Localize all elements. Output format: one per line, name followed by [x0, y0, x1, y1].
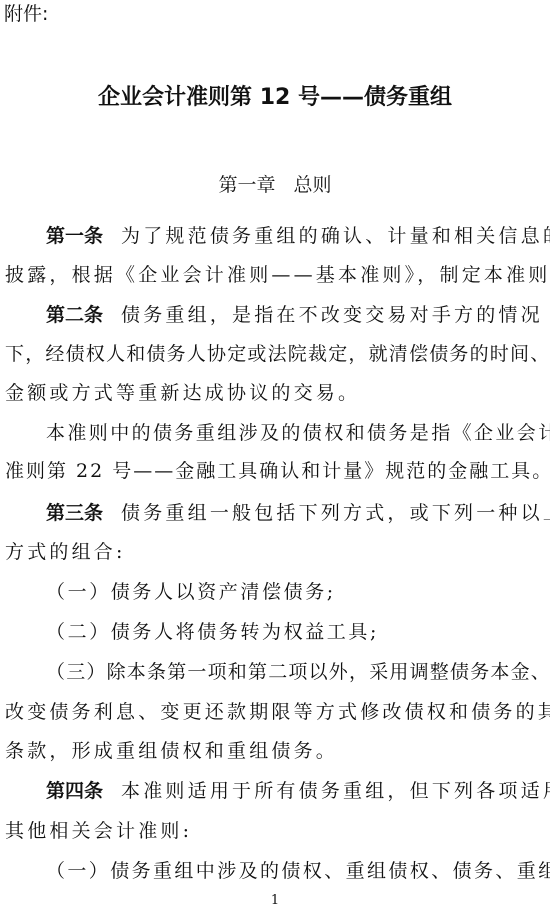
chapter-heading: 第一章总则 [0, 172, 550, 198]
paragraph-line: 第一条为了规范债务重组的确认、计量和相关信息的 [46, 223, 540, 249]
paragraph-line: 下，经债权人和债务人协定或法院裁定，就清偿债务的时间、 [5, 341, 540, 367]
list-item: （三）除本条第一项和第二项以外，采用调整债务本金、 [46, 659, 540, 685]
article-label: 第四条 [46, 780, 103, 802]
paragraph-line: 第四条本准则适用于所有债务重组，但下列各项适用 [46, 778, 540, 804]
page-number: 1 [0, 893, 550, 909]
paragraph-line: 披露，根据《企业会计准则——基本准则》，制定本准则。 [5, 262, 540, 288]
paragraph-line: 方式的组合: [5, 539, 540, 565]
paragraph-line: 第二条债务重组，是指在不改变交易对手方的情况 [46, 302, 540, 328]
article-label: 第三条 [46, 502, 103, 524]
paragraph-line: 其他相关会计准则: [5, 818, 540, 844]
document-page: 附件: 企业会计准则第 12 号——债务重组 第一章总则 第一条为了规范债务重组… [0, 0, 550, 915]
article-label: 第二条 [46, 304, 103, 326]
paragraph-line: 准则第 22 号——金融工具确认和计量》规范的金融工具。 [5, 458, 540, 484]
annex-label: 附件: [4, 2, 48, 26]
list-item: （一）债务重组中涉及的债权、重组债权、债务、重组 [46, 858, 540, 884]
list-item: （一）债务人以资产清偿债务; [46, 579, 540, 605]
chapter-name: 总则 [294, 174, 332, 196]
article-label: 第一条 [46, 225, 103, 247]
paragraph-line: 金额或方式等重新达成协议的交易。 [5, 380, 540, 406]
paragraph-line: 第三条债务重组一般包括下列方式，或下列一种以上 [46, 500, 540, 526]
paragraph-line: 本准则中的债务重组涉及的债权和债务是指《企业会计 [46, 420, 540, 446]
chapter-number: 第一章 [218, 174, 275, 196]
paragraph-line: 改变债务利息、变更还款期限等方式修改债权和债务的其他 [5, 699, 540, 725]
list-item: （二）债务人将债务转为权益工具; [46, 619, 540, 645]
document-title: 企业会计准则第 12 号——债务重组 [0, 84, 550, 112]
paragraph-line: 条款，形成重组债权和重组债务。 [5, 738, 540, 764]
